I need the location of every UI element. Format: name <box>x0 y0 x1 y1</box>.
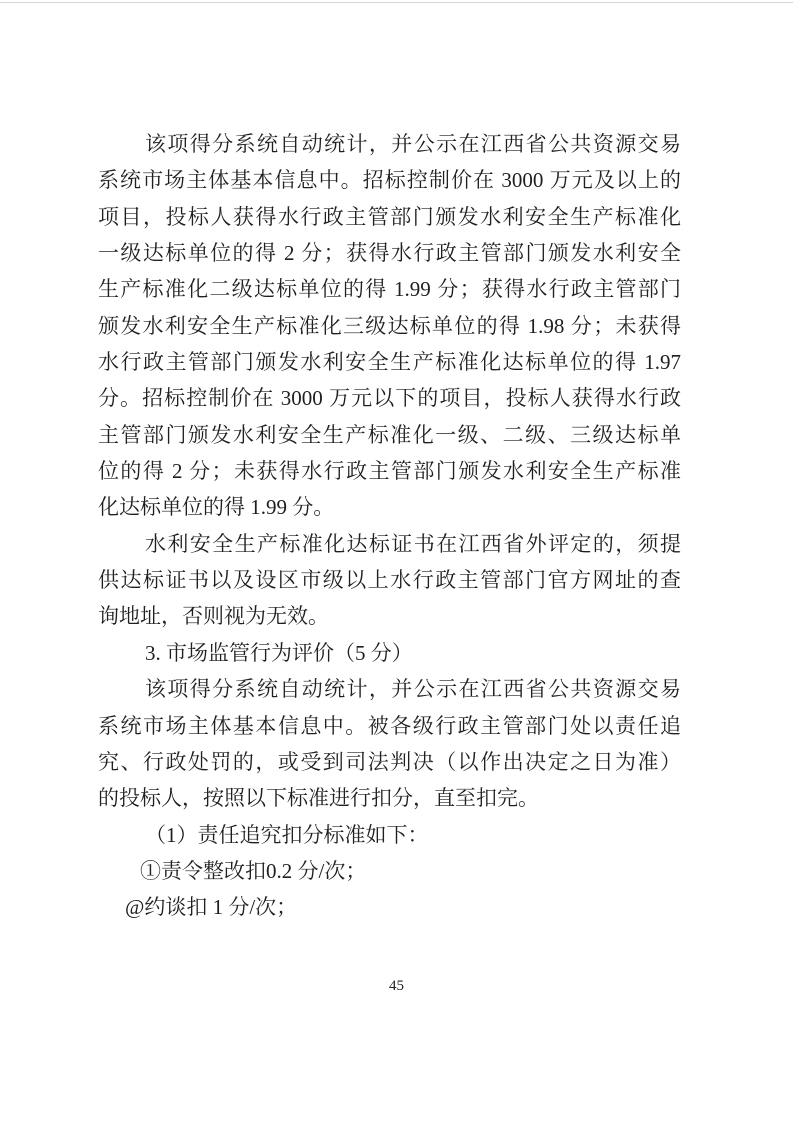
text-line: 该项得分系统自动统计，并公示在江西省公共资源交易 <box>98 126 681 162</box>
text-line: 化达标单位的得 1.99 分。 <box>98 489 681 525</box>
text-line: 系统市场主体基本信息中。被各级行政主管部门处以责任追 <box>98 708 681 744</box>
text-line: 供达标证书以及设区市级以上水行政主管部门官方网址的查 <box>98 562 681 598</box>
text-line: 一级达标单位的得 2 分；获得水行政主管部门颁发水利安全 <box>98 235 681 271</box>
page-number: 45 <box>0 976 793 996</box>
text-line: 位的得 2 分；未获得水行政主管部门颁发水利安全生产标准 <box>98 453 681 489</box>
page-body-text: 该项得分系统自动统计，并公示在江西省公共资源交易 系统市场主体基本信息中。招标控… <box>98 126 681 926</box>
text-line: 分。招标控制价在 3000 万元以下的项目，投标人获得水行政 <box>98 380 681 416</box>
text-line: 水行政主管部门颁发水利安全生产标准化达标单位的得 1.97 <box>98 344 681 380</box>
scan-artifact-top-line <box>0 2 793 3</box>
text-line: 该项得分系统自动统计，并公示在江西省公共资源交易 <box>98 671 681 707</box>
text-line: 生产标准化二级达标单位的得 1.99 分；获得水行政主管部门 <box>98 271 681 307</box>
text-line: 颁发水利安全生产标准化三级达标单位的得 1.98 分；未获得 <box>98 308 681 344</box>
section-heading-line: 3. 市场监管行为评价（5 分） <box>98 635 681 671</box>
text-line: 项目，投标人获得水行政主管部门颁发水利安全生产标准化 <box>98 199 681 235</box>
text-line: 究、行政处罚的，或受到司法判决（以作出决定之日为准） <box>98 744 681 780</box>
text-line: 系统市场主体基本信息中。招标控制价在 3000 万元及以上的 <box>98 162 681 198</box>
text-line: 主管部门颁发水利安全生产标准化一级、二级、三级达标单 <box>98 417 681 453</box>
text-line: 询地址，否则视为无效。 <box>98 598 681 634</box>
list-item-line: ①责令整改扣0.2 分/次； <box>98 853 681 889</box>
text-line: 的投标人，按照以下标准进行扣分，直至扣完。 <box>98 780 681 816</box>
list-item-line: @约谈扣 1 分/次； <box>98 889 681 925</box>
text-line: 水利安全生产标准化达标证书在江西省外评定的，须提 <box>98 526 681 562</box>
list-heading-line: （1）责任追究扣分标准如下： <box>98 817 681 853</box>
